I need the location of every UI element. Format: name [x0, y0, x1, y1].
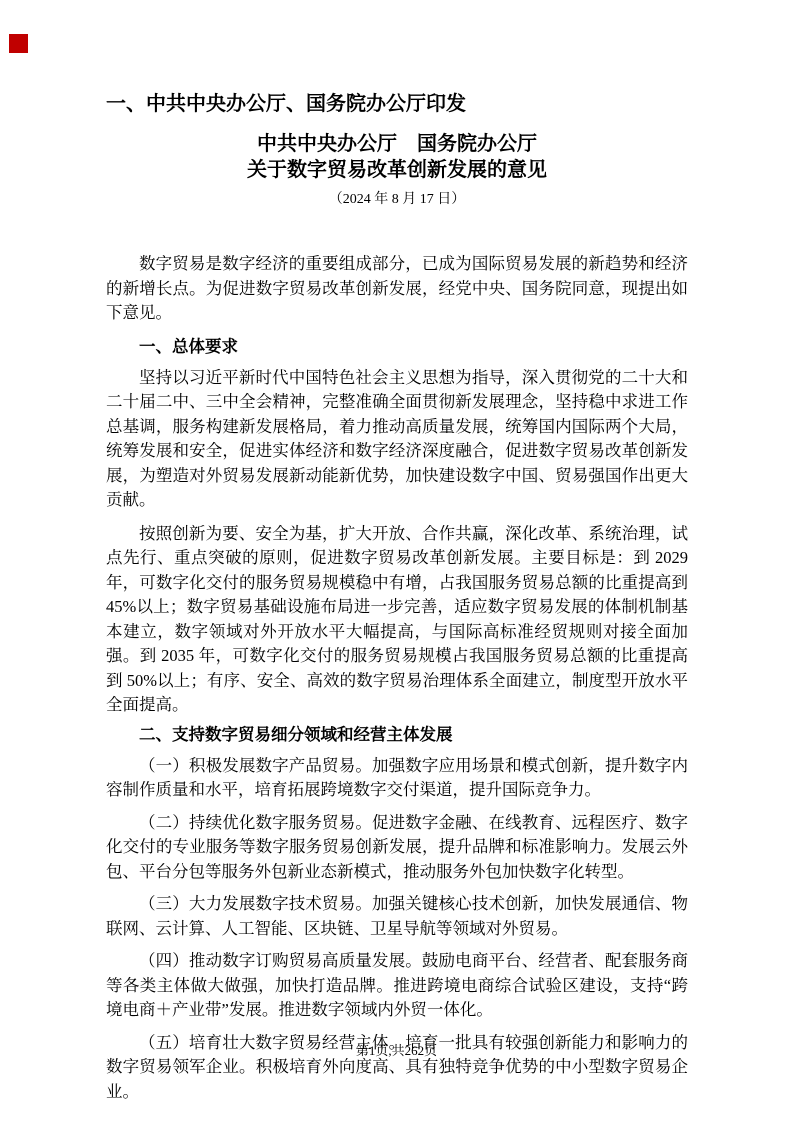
document-title-line2: 关于数字贸易改革创新发展的意见 [106, 157, 688, 183]
paragraph-item-1: （一）积极发展数字产品贸易。加强数字应用场景和模式创新，提升数字内容制作质量和水… [106, 754, 688, 803]
document-date: （2024 年 8 月 17 日） [106, 189, 688, 210]
document-page: 一、中共中央办公厅、国务院办公厅印发 中共中央办公厅 国务院办公厅 关于数字贸易… [0, 0, 793, 1122]
document-content: 一、中共中央办公厅、国务院办公厅印发 中共中央办公厅 国务院办公厅 关于数字贸易… [106, 91, 688, 1104]
paragraph-item-4: （四）推动数字订购贸易高质量发展。鼓励电商平台、经营者、配套服务商等各类主体做大… [106, 949, 688, 1023]
document-title-line1: 中共中央办公厅 国务院办公厅 [106, 131, 688, 157]
document-item-heading: 一、中共中央办公厅、国务院办公厅印发 [106, 91, 688, 118]
paragraph-guiding-principles: 坚持以习近平新时代中国特色社会主义思想为指导，深入贯彻党的二十大和二十届二中、三… [106, 366, 688, 513]
paragraph-item-2: （二）持续优化数字服务贸易。促进数字金融、在线教育、远程医疗、数字化交付的专业服… [106, 811, 688, 885]
section-heading-2: 二、支持数字贸易细分领域和经营主体发展 [106, 723, 688, 748]
paragraph-main-goals: 按照创新为要、安全为基，扩大开放、合作共赢，深化改革、系统治理，试点先行、重点突… [106, 522, 688, 718]
paragraph-intro: 数字贸易是数字经济的重要组成部分，已成为国际贸易发展的新趋势和经济的新增长点。为… [106, 252, 688, 326]
paragraph-item-3: （三）大力发展数字技术贸易。加强关键核心技术创新，加快发展通信、物联网、云计算、… [106, 892, 688, 941]
section-heading-1: 一、总体要求 [106, 335, 688, 360]
red-square-marker [9, 34, 28, 53]
page-number-footer: 第1页,共262页 [0, 1042, 793, 1059]
